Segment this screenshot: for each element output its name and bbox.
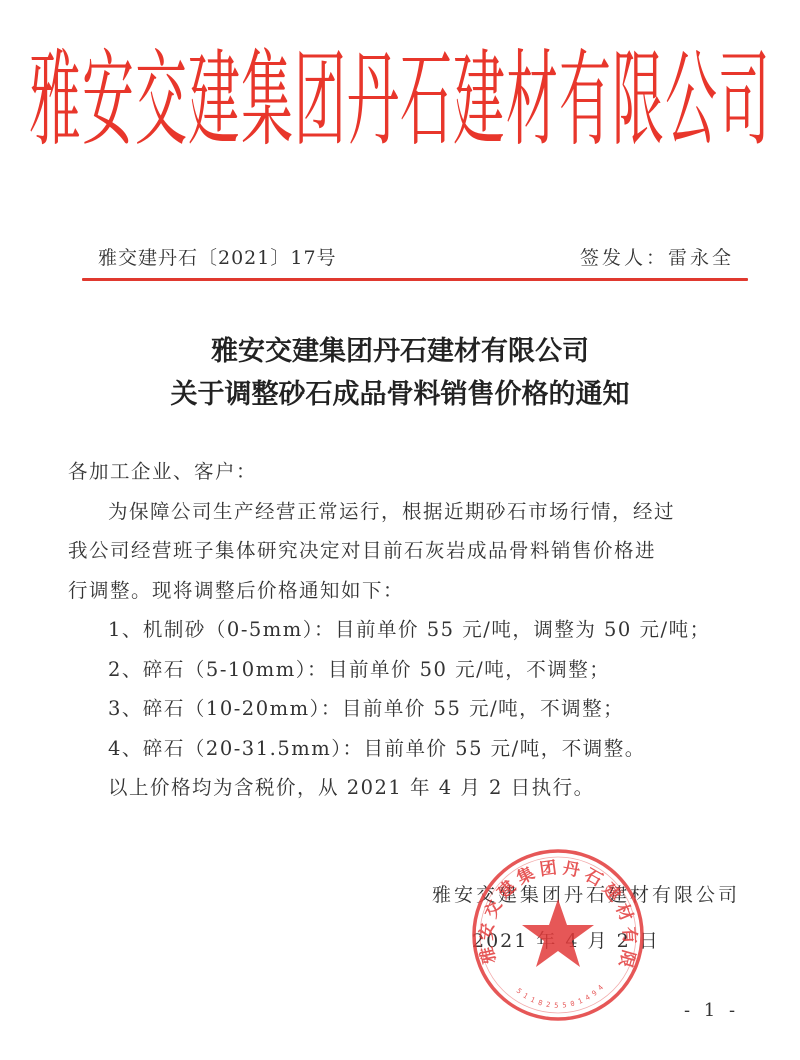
- salutation: 各加工企业、客户：: [68, 452, 748, 492]
- price-item: 2、碎石（5-10mm）：目前单价 50 元/吨，不调整；: [68, 650, 748, 690]
- paragraph-line: 我公司经营班子集体研究决定对目前石灰岩成品骨料销售价格进: [68, 531, 748, 571]
- signer-name: 雷永全: [668, 247, 734, 269]
- closing-statement: 以上价格均为含税价，从 2021 年 4 月 2 日执行。: [68, 768, 748, 808]
- paragraph-line: 为保障公司生产经营正常运行，根据近期砂石市场行情，经过: [68, 492, 748, 532]
- document-page: 雅安交建集团丹石建材有限公司 雅交建丹石〔2021〕17号 签发人：雷永全 雅安…: [0, 0, 800, 1060]
- document-title: 雅安交建集团丹石建材有限公司 关于调整砂石成品骨料销售价格的通知: [0, 330, 800, 416]
- page-number: - 1 -: [684, 1000, 739, 1021]
- issue-date: 2021 年 4 月 2 日: [472, 926, 660, 953]
- red-divider: [82, 278, 748, 281]
- title-line-1: 雅安交建集团丹石建材有限公司: [0, 330, 800, 373]
- document-info-line: 雅交建丹石〔2021〕17号 签发人：雷永全: [80, 243, 740, 271]
- signer-label: 签发人：: [580, 247, 668, 269]
- price-item: 4、碎石（20-31.5mm）：目前单价 55 元/吨，不调整。: [68, 729, 748, 769]
- issuer-name: 雅安交建集团丹石建材有限公司: [432, 880, 740, 907]
- document-number: 雅交建丹石〔2021〕17号: [98, 243, 337, 270]
- price-item: 3、碎石（10-20mm）：目前单价 55 元/吨，不调整；: [68, 689, 748, 729]
- paragraph-line: 行调整。现将调整后价格通知如下：: [68, 571, 748, 611]
- signer: 签发人：雷永全: [580, 243, 734, 270]
- price-item: 1、机制砂（0-5mm）：目前单价 55 元/吨，调整为 50 元/吨；: [68, 610, 748, 650]
- title-line-2: 关于调整砂石成品骨料销售价格的通知: [0, 373, 800, 416]
- red-masthead: 雅安交建集团丹石建材有限公司: [50, 20, 750, 160]
- document-body: 各加工企业、客户： 为保障公司生产经营正常运行，根据近期砂石市场行情，经过 我公…: [68, 452, 748, 808]
- masthead-company-name: 雅安交建集团丹石建材有限公司: [29, 15, 771, 165]
